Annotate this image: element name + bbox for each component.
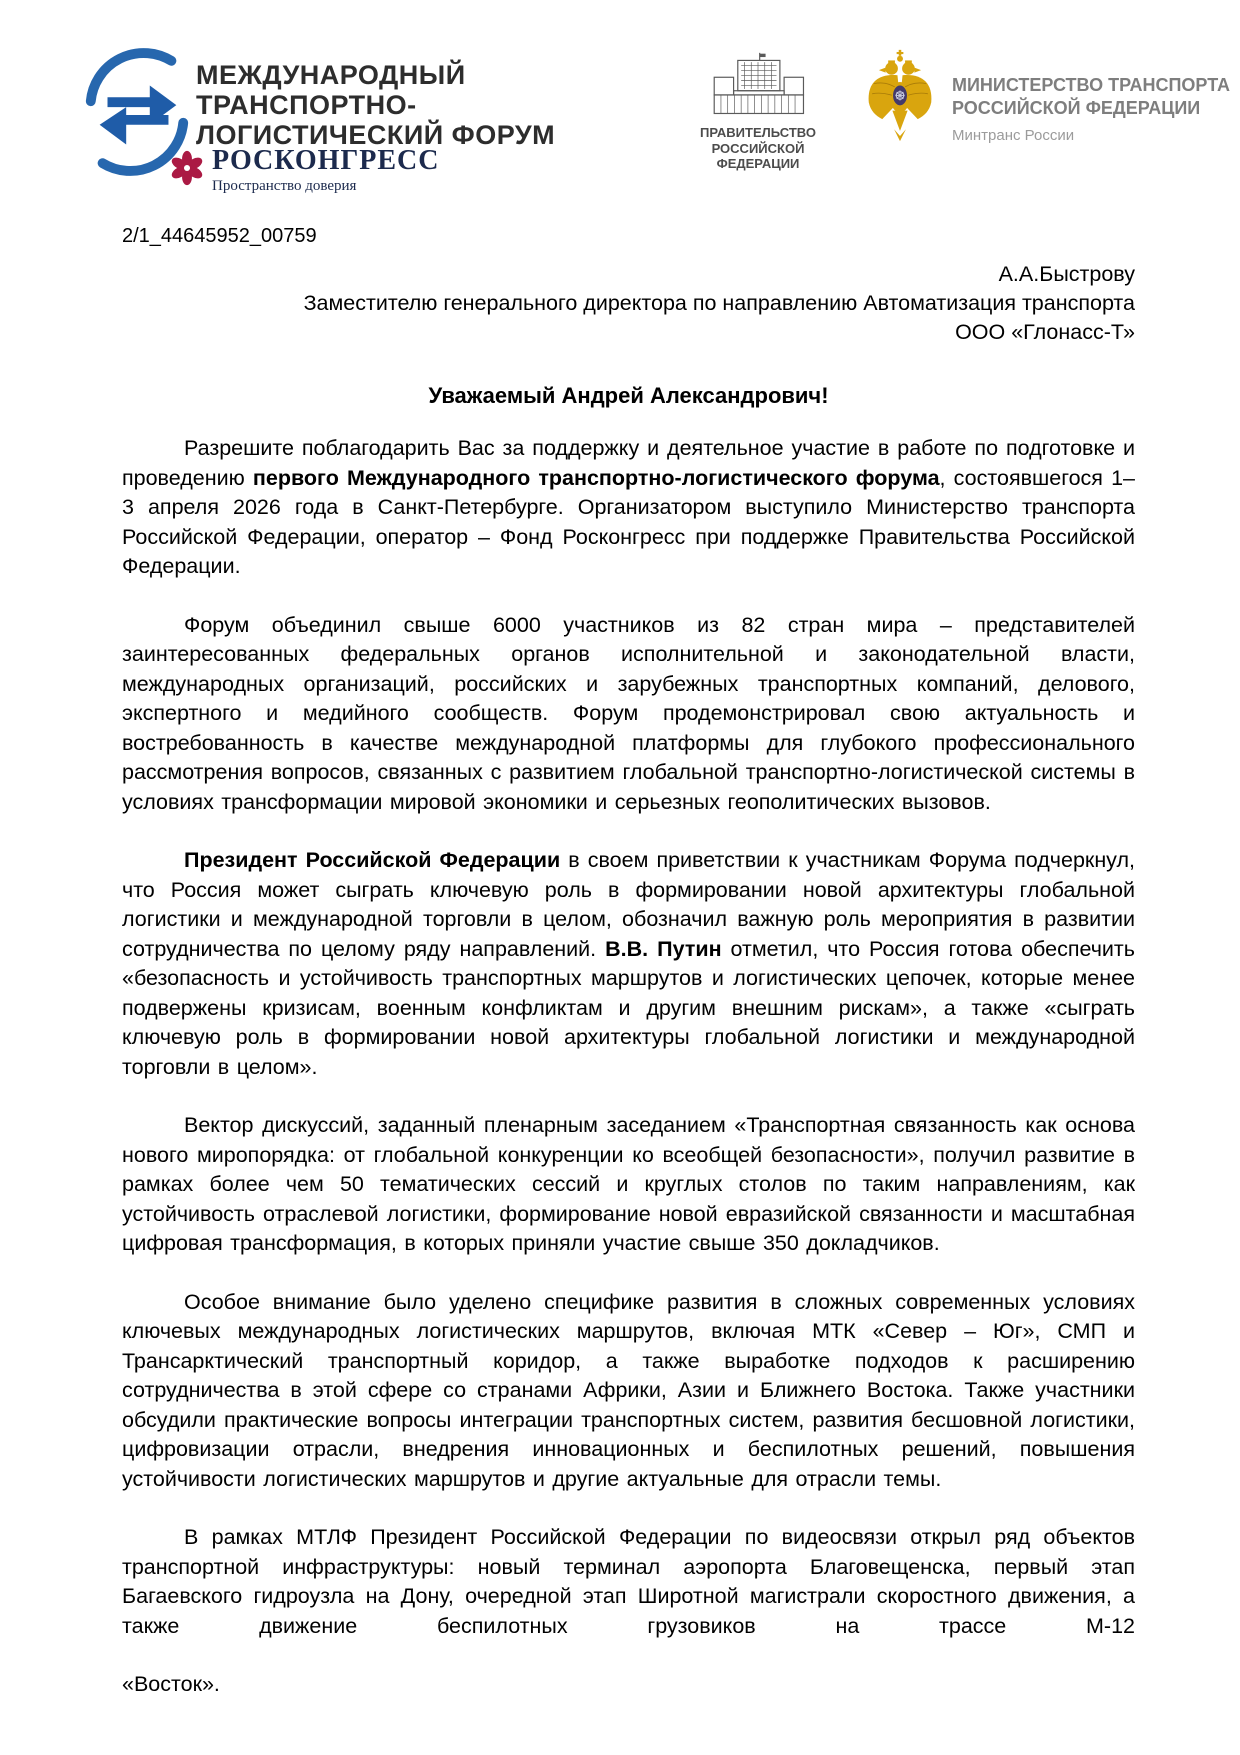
paragraph: «Восток». xyxy=(122,1670,1135,1700)
addressee-company: ООО «Глонасс-Т» xyxy=(122,318,1135,347)
bold-text-run: Президент Российской Федерации xyxy=(184,848,560,872)
double-headed-eagle-icon xyxy=(862,46,938,155)
letter-page: МЕЖДУНАРОДНЫЙ ТРАНСПОРТНО- ЛОГИСТИЧЕСКИЙ… xyxy=(0,0,1240,1755)
roscongress-name: РОСКОНГРЕСС xyxy=(212,146,439,176)
paragraphs-container: Разрешите поблагодарить Вас за поддержку… xyxy=(122,434,1135,1700)
government-line3: ФЕДЕРАЦИИ xyxy=(700,156,816,172)
mtlf-logo-text: МЕЖДУНАРОДНЫЙ ТРАНСПОРТНО- ЛОГИСТИЧЕСКИЙ… xyxy=(196,60,555,150)
salutation: Уважаемый Андрей Александрович! xyxy=(122,381,1135,411)
text-run: «Восток». xyxy=(122,1672,220,1696)
government-text: ПРАВИТЕЛЬСТВО РОССИЙСКОЙ ФЕДЕРАЦИИ xyxy=(700,125,816,172)
mintrans-line2: РОССИЙСКОЙ ФЕДЕРАЦИИ xyxy=(952,97,1230,120)
government-logo: ПРАВИТЕЛЬСТВО РОССИЙСКОЙ ФЕДЕРАЦИИ xyxy=(700,52,816,172)
mintrans-subtitle: Минтранс России xyxy=(952,127,1230,144)
bold-text-run: первого Международного транспортно-логис… xyxy=(253,466,940,490)
mintrans-line1: МИНИСТЕРСТВО ТРАНСПОРТА xyxy=(952,74,1230,97)
text-run: Вектор дискуссий, заданный пленарным зас… xyxy=(122,1113,1135,1255)
roscongress-logo: РОСКОНГРЕСС Пространство доверия xyxy=(168,146,439,195)
government-line1: ПРАВИТЕЛЬСТВО xyxy=(700,125,816,141)
mtlf-line1: МЕЖДУНАРОДНЫЙ xyxy=(196,60,555,90)
mintrans-logo: МИНИСТЕРСТВО ТРАНСПОРТА РОССИЙСКОЙ ФЕДЕР… xyxy=(862,46,1230,155)
letter-body: 2/1_44645952_00759 А.А.Быстрову Заместит… xyxy=(122,222,1135,1729)
document-number: 2/1_44645952_00759 xyxy=(122,222,1135,252)
paragraph: Особое внимание было уделено специфике р… xyxy=(122,1288,1135,1495)
text-run: В рамках МТЛФ Президент Российской Федер… xyxy=(122,1525,1135,1638)
paragraph: Форум объединил свыше 6000 участников из… xyxy=(122,611,1135,818)
bold-text-run: В.В. Путин xyxy=(605,937,721,961)
paragraph: В рамках МТЛФ Президент Российской Федер… xyxy=(122,1523,1135,1641)
addressee-block: А.А.Быстрову Заместителю генерального ди… xyxy=(122,260,1135,347)
paragraph: Вектор дискуссий, заданный пленарным зас… xyxy=(122,1111,1135,1259)
mtlf-line2: ТРАНСПОРТНО- xyxy=(196,90,555,120)
pinwheel-flower-icon xyxy=(168,146,206,195)
addressee-name: А.А.Быстрову xyxy=(122,260,1135,289)
paragraph: Президент Российской Федерации в своем п… xyxy=(122,846,1135,1082)
mintrans-title: МИНИСТЕРСТВО ТРАНСПОРТА РОССИЙСКОЙ ФЕДЕР… xyxy=(952,74,1230,120)
addressee-position: Заместителю генерального директора по на… xyxy=(122,289,1135,318)
text-run: Форум объединил свыше 6000 участников из… xyxy=(122,613,1135,814)
government-line2: РОССИЙСКОЙ xyxy=(700,141,816,157)
paragraph: Разрешите поблагодарить Вас за поддержку… xyxy=(122,434,1135,582)
roscongress-tagline: Пространство доверия xyxy=(212,178,439,195)
text-run: Особое внимание было уделено специфике р… xyxy=(122,1290,1135,1491)
government-house-icon xyxy=(706,103,810,120)
